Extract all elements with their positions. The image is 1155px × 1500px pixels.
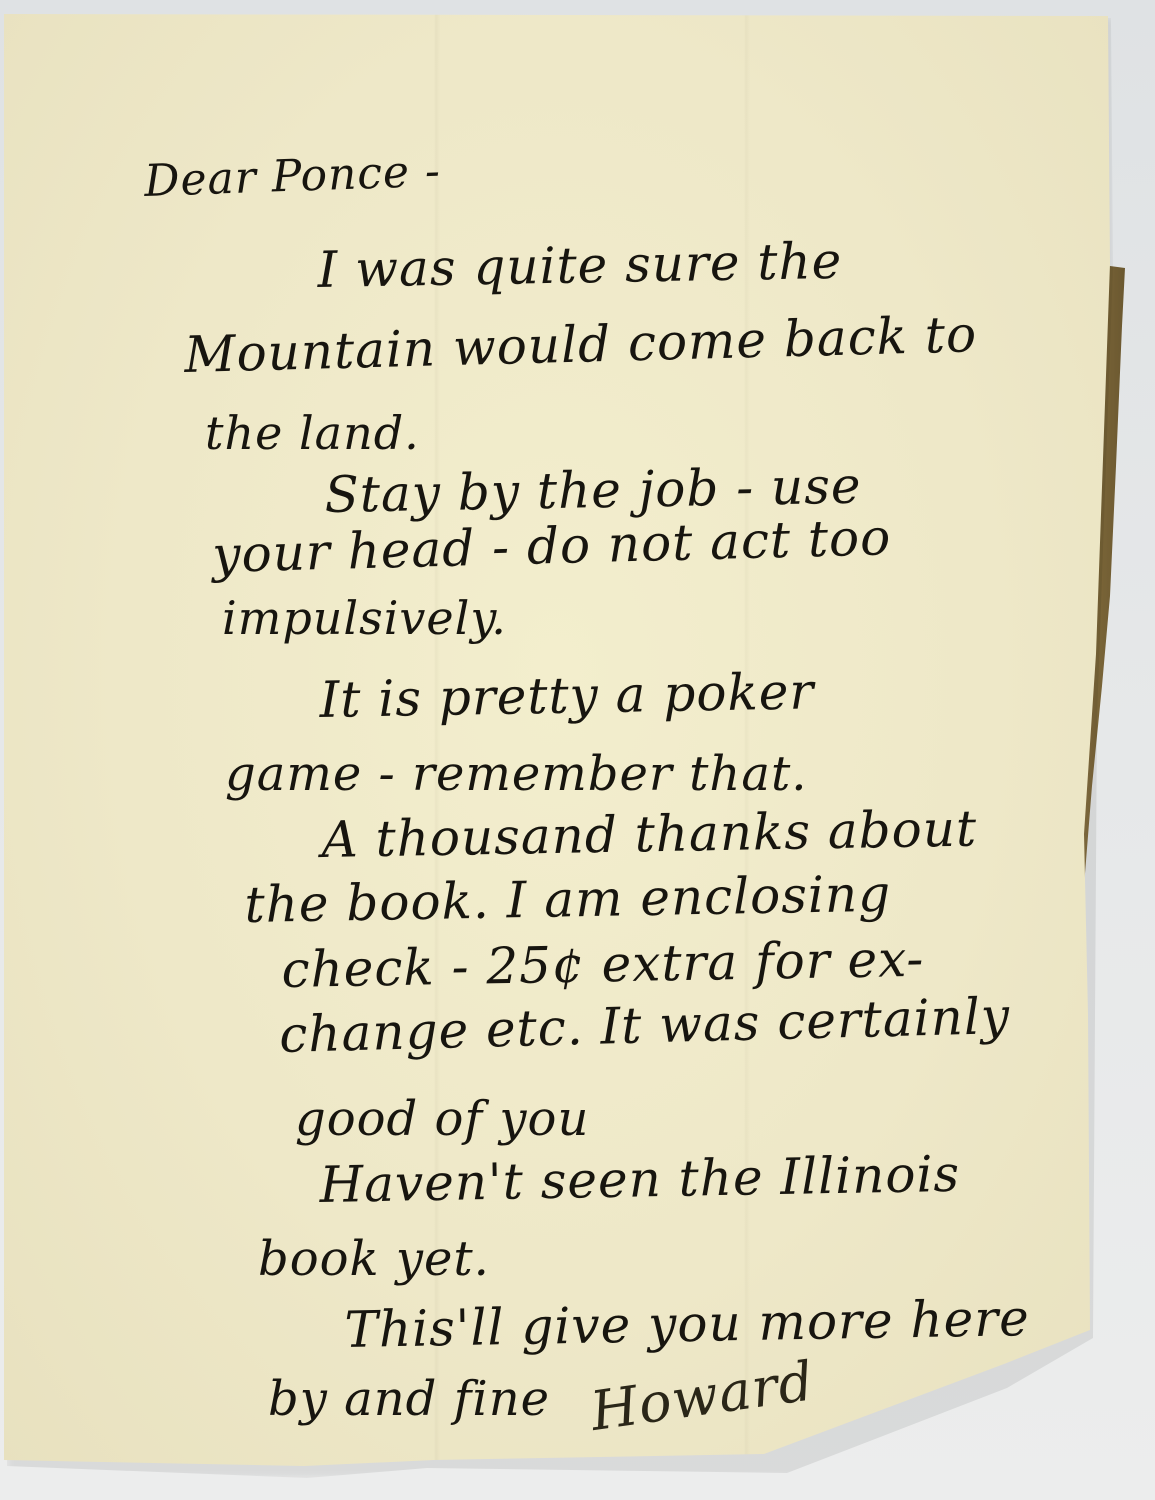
letter-line: book yet. [258, 1235, 490, 1283]
letter-line: game - remember that. [225, 750, 808, 798]
letter-line: Mountain would come back to [184, 309, 978, 380]
letter-line: the book. I am enclosing [244, 869, 891, 930]
letter-line: impulsively. [222, 595, 507, 641]
letter-line: This'll give you more here [344, 1293, 1030, 1355]
letter-line: A thousand thanks about [321, 804, 977, 865]
letter-line: your head - do not act too [212, 512, 892, 580]
letter-signature: Howard [587, 1354, 817, 1439]
letter-line: change etc. It was certainly [279, 991, 1011, 1060]
letter-line: check - 25¢ extra for ex- [281, 934, 925, 995]
letter-line: the land. [205, 410, 420, 456]
handwritten-letter: Dear Ponce - I was quite sure the Mounta… [0, 0, 1155, 1500]
letter-line: It is pretty a poker [319, 666, 815, 725]
letter-line: I was quite sure the [317, 236, 843, 295]
letter-line: by and fine [268, 1375, 550, 1423]
letter-salutation: Dear Ponce - [143, 150, 441, 204]
letter-line: good of you [295, 1095, 589, 1143]
letter-line: Haven't seen the Illinois [319, 1149, 960, 1210]
